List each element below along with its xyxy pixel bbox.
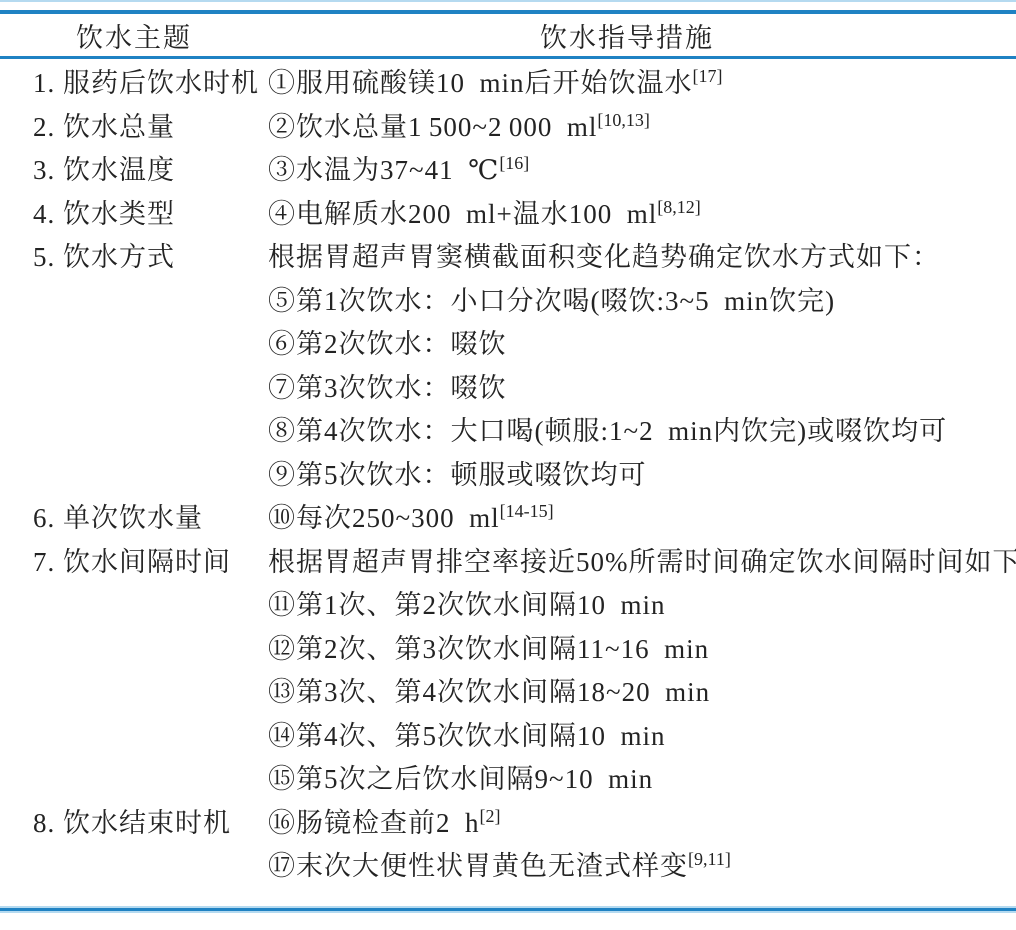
table-header-row: 饮水主题 饮水指导措施 bbox=[0, 14, 1016, 56]
measure-text: ⑨第5次饮水：顿服或啜饮均可 bbox=[268, 460, 647, 490]
measure-line: ⑭第4次、第5次饮水间隔10 min bbox=[268, 715, 1016, 759]
measure-text: ⑬第3次、第4次饮水间隔18~20 min bbox=[268, 677, 710, 707]
column-header-measures: 饮水指导措施 bbox=[268, 16, 1016, 55]
measure-line: ②饮水总量1 500~2 000 ml[10,13] bbox=[268, 106, 1016, 150]
measure-text: ⑯肠镜检查前2 h bbox=[268, 808, 480, 838]
measure-text: ③水温为37~41 ℃ bbox=[268, 155, 499, 185]
measures-cell: ⑩每次250~300 ml[14-15] bbox=[268, 497, 1016, 541]
measure-line: ⑩每次250~300 ml[14-15] bbox=[268, 497, 1016, 541]
measure-text: ⑤第1次饮水：小口分次喝(啜饮:3~5 min饮完) bbox=[268, 286, 835, 316]
measure-text: ⑭第4次、第5次饮水间隔10 min bbox=[268, 721, 666, 751]
measure-line: ③水温为37~41 ℃[16] bbox=[268, 149, 1016, 193]
topic-cell: 7. 饮水间隔时间 bbox=[0, 541, 268, 585]
measure-text: ⑥第2次饮水：啜饮 bbox=[268, 329, 507, 359]
topic-cell: 2. 饮水总量 bbox=[0, 106, 268, 150]
measure-text: ⑪第1次、第2次饮水间隔10 min bbox=[268, 590, 666, 620]
table-row: 3. 饮水温度③水温为37~41 ℃[16] bbox=[0, 149, 1016, 193]
table-row: 8. 饮水结束时机⑯肠镜检查前2 h[2]⑰末次大便性状胃黄色无渣式样变[9,1… bbox=[0, 802, 1016, 889]
measure-text: ②饮水总量1 500~2 000 ml bbox=[268, 112, 597, 142]
measures-cell: ②饮水总量1 500~2 000 ml[10,13] bbox=[268, 106, 1016, 150]
measure-line: ⑧第4次饮水：大口喝(顿服:1~2 min内饮完)或啜饮均可 bbox=[268, 410, 1016, 454]
measures-cell: ①服用硫酸镁10 min后开始饮温水[17] bbox=[268, 62, 1016, 106]
measure-text: ⑧第4次饮水：大口喝(顿服:1~2 min内饮完)或啜饮均可 bbox=[268, 416, 947, 446]
table-row: 6. 单次饮水量⑩每次250~300 ml[14-15] bbox=[0, 497, 1016, 541]
bottom-rule-light-bottom bbox=[0, 911, 1016, 913]
table-body: 1. 服药后饮水时机①服用硫酸镁10 min后开始饮温水[17]2. 饮水总量②… bbox=[0, 62, 1016, 889]
measure-line: ⑬第3次、第4次饮水间隔18~20 min bbox=[268, 671, 1016, 715]
paper-table-figure: 饮水主题 饮水指导措施 1. 服药后饮水时机①服用硫酸镁10 min后开始饮温水… bbox=[0, 0, 1016, 930]
measure-line: ⑪第1次、第2次饮水间隔10 min bbox=[268, 584, 1016, 628]
table-row: 1. 服药后饮水时机①服用硫酸镁10 min后开始饮温水[17] bbox=[0, 62, 1016, 106]
measures-cell: 根据胃超声胃排空率接近50%所需时间确定饮水间隔时间如下：⑪第1次、第2次饮水间… bbox=[268, 541, 1016, 802]
table-bottom-rule bbox=[0, 906, 1016, 913]
measure-text: ⑦第3次饮水：啜饮 bbox=[268, 373, 507, 403]
measure-line: ⑥第2次饮水：啜饮 bbox=[268, 323, 1016, 367]
measure-text: ⑩每次250~300 ml bbox=[268, 503, 500, 533]
measure-line: ⑨第5次饮水：顿服或啜饮均可 bbox=[268, 454, 1016, 498]
measure-line: ⑮第5次之后饮水间隔9~10 min bbox=[268, 758, 1016, 802]
citation-superscript: [10,13] bbox=[597, 110, 650, 130]
topic-cell: 6. 单次饮水量 bbox=[0, 497, 268, 541]
measure-line: ⑰末次大便性状胃黄色无渣式样变[9,11] bbox=[268, 845, 1016, 889]
measures-cell: 根据胃超声胃窦横截面积变化趋势确定饮水方式如下：⑤第1次饮水：小口分次喝(啜饮:… bbox=[268, 236, 1016, 497]
column-header-topic: 饮水主题 bbox=[0, 16, 268, 55]
topic-cell: 3. 饮水温度 bbox=[0, 149, 268, 193]
measure-text: ⑮第5次之后饮水间隔9~10 min bbox=[268, 764, 653, 794]
measure-line: ①服用硫酸镁10 min后开始饮温水[17] bbox=[268, 62, 1016, 106]
citation-superscript: [14-15] bbox=[500, 501, 554, 521]
topic-cell: 1. 服药后饮水时机 bbox=[0, 62, 268, 106]
citation-superscript: [17] bbox=[693, 66, 723, 86]
measures-cell: ⑯肠镜检查前2 h[2]⑰末次大便性状胃黄色无渣式样变[9,11] bbox=[268, 802, 1016, 889]
table-row: 2. 饮水总量②饮水总量1 500~2 000 ml[10,13] bbox=[0, 106, 1016, 150]
table-row: 7. 饮水间隔时间根据胃超声胃排空率接近50%所需时间确定饮水间隔时间如下：⑪第… bbox=[0, 541, 1016, 802]
topic-cell: 8. 饮水结束时机 bbox=[0, 802, 268, 846]
header-divider-rule bbox=[0, 56, 1016, 59]
measure-text: ⑫第2次、第3次饮水间隔11~16 min bbox=[268, 634, 709, 664]
table-row: 5. 饮水方式根据胃超声胃窦横截面积变化趋势确定饮水方式如下：⑤第1次饮水：小口… bbox=[0, 236, 1016, 497]
measure-text: 根据胃超声胃窦横截面积变化趋势确定饮水方式如下： bbox=[268, 242, 940, 272]
measure-line: ⑫第2次、第3次饮水间隔11~16 min bbox=[268, 628, 1016, 672]
table-row: 4. 饮水类型④电解质水200 ml+温水100 ml[8,12] bbox=[0, 193, 1016, 237]
citation-superscript: [9,11] bbox=[688, 849, 731, 869]
top-edge-light-rule bbox=[0, 0, 1016, 2]
measure-text: ⑰末次大便性状胃黄色无渣式样变 bbox=[268, 851, 688, 881]
measure-text: 根据胃超声胃排空率接近50%所需时间确定饮水间隔时间如下： bbox=[268, 547, 1016, 577]
topic-cell: 5. 饮水方式 bbox=[0, 236, 268, 280]
measure-text: ④电解质水200 ml+温水100 ml bbox=[268, 199, 657, 229]
measures-cell: ④电解质水200 ml+温水100 ml[8,12] bbox=[268, 193, 1016, 237]
citation-superscript: [16] bbox=[499, 153, 529, 173]
measures-cell: ③水温为37~41 ℃[16] bbox=[268, 149, 1016, 193]
citation-superscript: [2] bbox=[480, 806, 501, 826]
measure-line: ⑤第1次饮水：小口分次喝(啜饮:3~5 min饮完) bbox=[268, 280, 1016, 324]
measure-line: ⑦第3次饮水：啜饮 bbox=[268, 367, 1016, 411]
measure-text: ①服用硫酸镁10 min后开始饮温水 bbox=[268, 68, 693, 98]
measure-line: 根据胃超声胃排空率接近50%所需时间确定饮水间隔时间如下： bbox=[268, 541, 1016, 585]
topic-cell: 4. 饮水类型 bbox=[0, 193, 268, 237]
measure-line: ⑯肠镜检查前2 h[2] bbox=[268, 802, 1016, 846]
measure-line: ④电解质水200 ml+温水100 ml[8,12] bbox=[268, 193, 1016, 237]
measure-line: 根据胃超声胃窦横截面积变化趋势确定饮水方式如下： bbox=[268, 236, 1016, 280]
citation-superscript: [8,12] bbox=[657, 197, 701, 217]
